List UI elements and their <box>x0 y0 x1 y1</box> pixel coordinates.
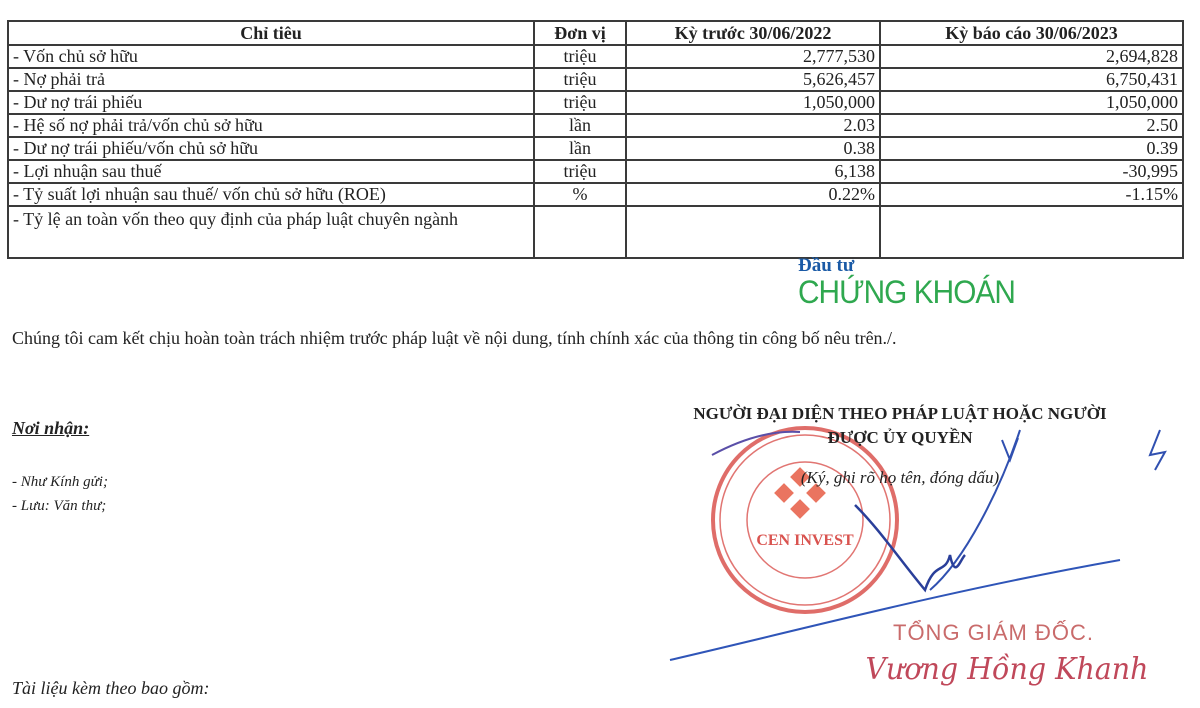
representative-heading-line2: ĐƯỢC ỦY QUYỀN <box>620 426 1180 450</box>
stamp-text: CEN INVEST <box>756 532 854 549</box>
current-value-cell: -30,995 <box>880 160 1183 183</box>
table-row: - Nợ phải trảtriệu5,626,4576,750,431 <box>8 68 1183 91</box>
company-stamp: CEN INVEST <box>705 420 905 630</box>
previous-value-cell: 0.38 <box>626 137 880 160</box>
unit-cell: lần <box>534 114 626 137</box>
previous-value-cell: 2.03 <box>626 114 880 137</box>
current-value-cell: 2,694,828 <box>880 45 1183 68</box>
representative-heading-line1: NGƯỜI ĐẠI DIỆN THEO PHÁP LUẬT HOẶC NGƯỜI <box>620 402 1180 426</box>
previous-value-cell: 2,777,530 <box>626 45 880 68</box>
table-row: - Dư nợ trái phiếu/vốn chủ sở hữulần0.38… <box>8 137 1183 160</box>
signer-title: TỔNG GIÁM ĐỐC. <box>893 620 1094 646</box>
current-value-cell: 2.50 <box>880 114 1183 137</box>
unit-cell: triệu <box>534 68 626 91</box>
header-indicator: Chỉ tiêu <box>8 21 534 45</box>
previous-value-cell: 5,626,457 <box>626 68 880 91</box>
watermark-line1: Đầu tư <box>798 256 1031 276</box>
table-header-row: Chỉ tiêu Đơn vị Kỳ trước 30/06/2022 Kỳ b… <box>8 21 1183 45</box>
current-value-cell: -1.15% <box>880 183 1183 206</box>
previous-value-cell: 6,138 <box>626 160 880 183</box>
recipients-list: - Như Kính gửi; - Lưu: Văn thư; <box>12 470 108 518</box>
unit-cell <box>534 206 626 258</box>
financial-indicators-table: Chỉ tiêu Đơn vị Kỳ trước 30/06/2022 Kỳ b… <box>7 20 1184 259</box>
header-unit: Đơn vị <box>534 21 626 45</box>
watermark-logo: Đầu tư CHỨNG KHOÁN <box>798 256 1031 308</box>
commitment-statement: Chúng tôi cam kết chịu hoàn toàn trách n… <box>12 328 897 349</box>
header-previous-period: Kỳ trước 30/06/2022 <box>626 21 880 45</box>
unit-cell: triệu <box>534 91 626 114</box>
unit-cell: triệu <box>534 45 626 68</box>
indicator-cell: - Hệ số nợ phải trả/vốn chủ sở hữu <box>8 114 534 137</box>
unit-cell: triệu <box>534 160 626 183</box>
indicator-cell: - Tỷ lệ an toàn vốn theo quy định của ph… <box>8 206 534 258</box>
representative-heading: NGƯỜI ĐẠI DIỆN THEO PHÁP LUẬT HOẶC NGƯỜI… <box>620 402 1180 450</box>
current-value-cell: 6,750,431 <box>880 68 1183 91</box>
indicator-cell: - Nợ phải trả <box>8 68 534 91</box>
recipients-label: Nơi nhận: <box>12 418 89 439</box>
unit-cell: lần <box>534 137 626 160</box>
unit-cell: % <box>534 183 626 206</box>
header-reporting-period: Kỳ báo cáo 30/06/2023 <box>880 21 1183 45</box>
table-row: - Vốn chủ sở hữutriệu2,777,5302,694,828 <box>8 45 1183 68</box>
indicator-cell: - Tỷ suất lợi nhuận sau thuế/ vốn chủ sở… <box>8 183 534 206</box>
table-row: - Dư nợ trái phiếutriệu1,050,0001,050,00… <box>8 91 1183 114</box>
previous-value-cell <box>626 206 880 258</box>
indicator-cell: - Dư nợ trái phiếu/vốn chủ sở hữu <box>8 137 534 160</box>
previous-value-cell: 0.22% <box>626 183 880 206</box>
watermark-line2: CHỨNG KHOÁN <box>798 276 1015 308</box>
indicator-cell: - Vốn chủ sở hữu <box>8 45 534 68</box>
current-value-cell <box>880 206 1183 258</box>
table-row: - Tỷ lệ an toàn vốn theo quy định của ph… <box>8 206 1183 258</box>
current-value-cell: 0.39 <box>880 137 1183 160</box>
table-row: - Tỷ suất lợi nhuận sau thuế/ vốn chủ sở… <box>8 183 1183 206</box>
recipient-item: - Như Kính gửi; <box>12 470 108 494</box>
indicator-cell: - Dư nợ trái phiếu <box>8 91 534 114</box>
indicator-cell: - Lợi nhuận sau thuế <box>8 160 534 183</box>
table-row: - Lợi nhuận sau thuếtriệu6,138-30,995 <box>8 160 1183 183</box>
current-value-cell: 1,050,000 <box>880 91 1183 114</box>
recipient-item: - Lưu: Văn thư; <box>12 494 108 518</box>
attachments-label: Tài liệu kèm theo bao gồm: <box>12 678 209 699</box>
previous-value-cell: 1,050,000 <box>626 91 880 114</box>
signature-instruction: (Ký, ghi rõ họ tên, đóng dấu) <box>620 468 1180 488</box>
table-row: - Hệ số nợ phải trả/vốn chủ sở hữulần2.0… <box>8 114 1183 137</box>
signer-name: Vương Hồng Khanh <box>865 652 1148 687</box>
